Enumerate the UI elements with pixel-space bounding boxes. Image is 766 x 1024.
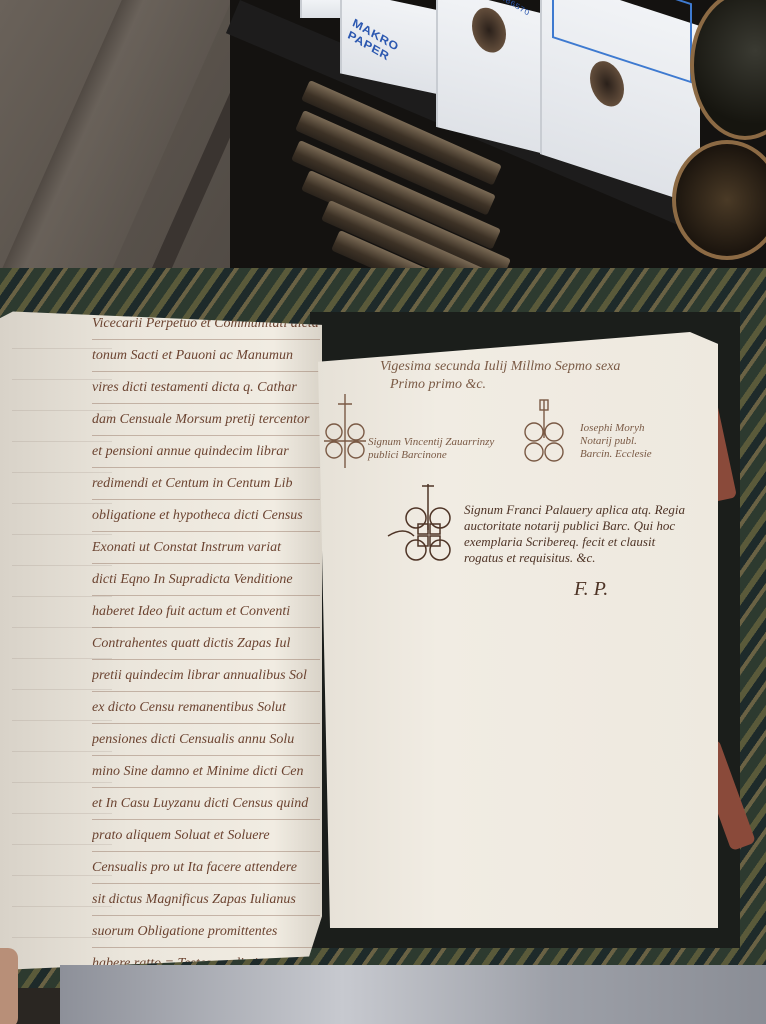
text-line: exemplaria Scribereq. fecit et clausit: [464, 534, 704, 550]
manuscript-photo: MAKRO PAPER ..86570 Vicecarii Perpetuo e…: [0, 0, 766, 1024]
text-line: haberet Ideo fuit actum et Conventi: [92, 596, 320, 628]
floor: [60, 965, 766, 1024]
sig-line: publici Barcinone: [368, 449, 494, 462]
text-line: vires dicti testamenti dicta q. Cathar: [92, 372, 320, 404]
file-box: [300, 0, 340, 18]
date-line: Vigesima secunda Iulij Millmo Sepmo sexa: [380, 358, 620, 376]
text-line: prato aliquem Soluat et Soluere: [92, 820, 320, 852]
text-line: dam Censuale Morsum pretij tercentor: [92, 404, 320, 436]
notary-sign-mark-icon: [514, 398, 574, 468]
text-line: et pensioni annue quindecim librar: [92, 436, 320, 468]
sig-line: Iosephi Moryh: [580, 422, 652, 435]
file-box-2: ..86570: [436, 0, 541, 153]
text-line: rogatus et requisitus. &c.: [464, 550, 704, 566]
text-line: Exonati ut Constat Instrum variat: [92, 532, 320, 564]
text-line: pretii quindecim librar annualibus Sol: [92, 660, 320, 692]
text-line: suorum Obligatione promittentes: [92, 916, 320, 948]
notary-initials: F. P.: [574, 578, 608, 601]
text-line: et In Casu Luyzanu dicti Census quind: [92, 788, 320, 820]
text-line: redimendi et Centum in Centum Lib: [92, 468, 320, 500]
text-line: pensiones dicti Censualis annu Solu: [92, 724, 320, 756]
right-page: Vigesima secunda Iulij Millmo Sepmo sexa…: [318, 332, 718, 928]
signature-left: Signum Vincentij Zauarrinzy publici Barc…: [368, 436, 494, 462]
sig-line: Barcin. Ecclesie: [580, 448, 652, 461]
box-finger-hole: [590, 56, 624, 111]
text-line: obligatione et hypotheca dicti Census: [92, 500, 320, 532]
left-page: Vicecarii Perpetuo et Communitati dicta …: [0, 298, 322, 970]
text-line: mino Sine damno et Minime dicti Cen: [92, 756, 320, 788]
sig-line: Notarij publ.: [580, 435, 652, 448]
date-heading: Vigesima secunda Iulij Millmo Sepmo sexa…: [380, 358, 620, 394]
text-line: Censualis pro ut Ita facere attendere: [92, 852, 320, 884]
box-label-frame: [552, 0, 692, 83]
text-line: tonum Sacti et Pauoni ac Manumun: [92, 340, 320, 372]
text-line: Signum Franci Palauery aplica atq. Regia: [464, 502, 704, 518]
notary-attestation-text: Signum Franci Palauery aplica atq. Regia…: [464, 502, 704, 566]
text-line: Contrahentes quatt dictis Zapas Iul: [92, 628, 320, 660]
notary-sign-mark-icon: [384, 480, 464, 580]
signature-right: Iosephi Moryh Notarij publ. Barcin. Eccl…: [580, 422, 652, 461]
text-line: dicti Eqno In Supradicta Venditione: [92, 564, 320, 596]
text-line: ex dicto Censu remanentibus Solut: [92, 692, 320, 724]
text-line: sit dictus Magnificus Zapas Iulianus: [92, 884, 320, 916]
sig-line: Signum Vincentij Zauarrinzy: [368, 436, 494, 449]
left-page-text: Vicecarii Perpetuo et Communitati dicta …: [92, 308, 320, 1012]
box-finger-hole: [472, 4, 506, 56]
finger: [0, 948, 18, 1024]
text-line: auctoritate notarij publici Barc. Qui ho…: [464, 518, 704, 534]
date-line-2: Primo primo &c.: [380, 376, 620, 394]
notary-sign-mark-icon: [320, 392, 370, 472]
